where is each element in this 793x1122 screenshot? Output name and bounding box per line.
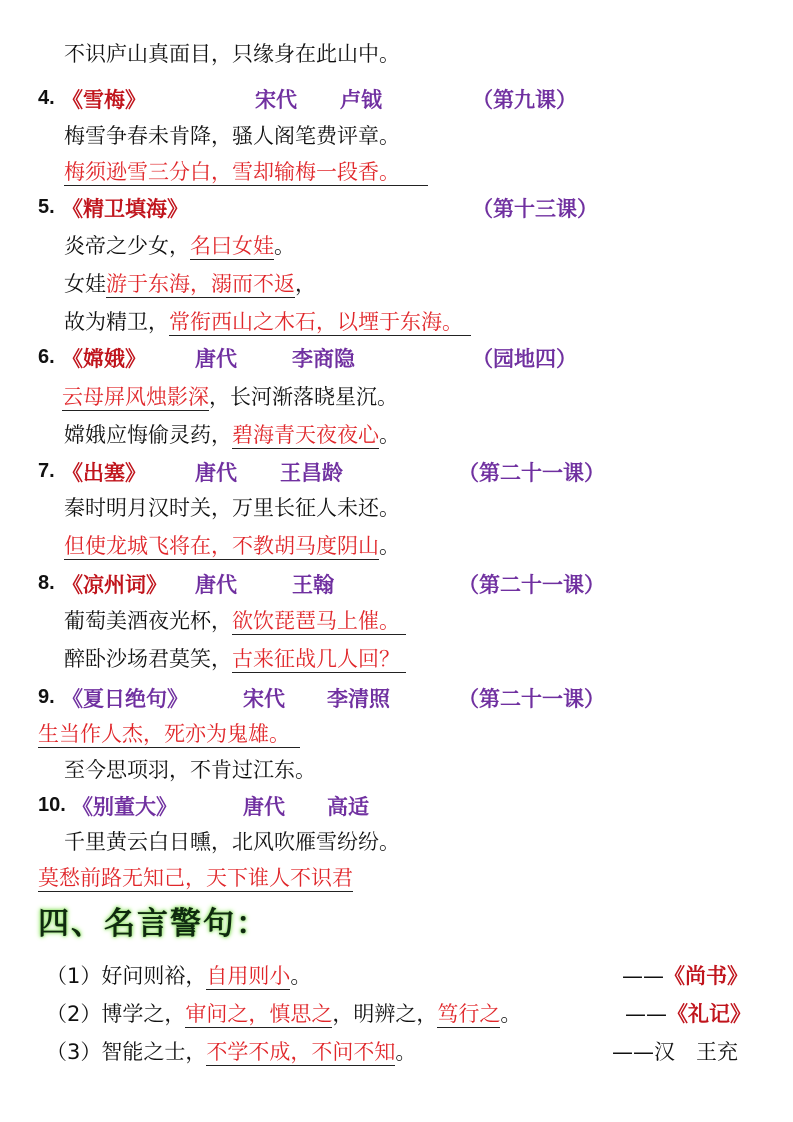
poem-dynasty: 唐代 [195, 343, 237, 373]
line-text: 炎帝之少女， [64, 234, 190, 258]
answer-blank: 笃行之 [437, 1002, 500, 1028]
poem-title: 《夏日绝句》 [62, 683, 188, 713]
line-text: 。 [379, 423, 400, 447]
poem-line: 葡萄美酒夜光杯，欲饮琵琶马上催。 [64, 607, 406, 635]
line-text: 千里黄云白日曛，北风吹雁雪纷纷。 [64, 830, 400, 854]
poem-title: 《嫦娥》 [62, 343, 146, 373]
poem-author: 李清照 [327, 683, 390, 713]
line-text: 秦时明月汉时关，万里长征人未还。 [64, 496, 400, 520]
line-text: 智能之士， [101, 1040, 206, 1064]
poem-lesson: （第十三课） [472, 193, 598, 223]
answer-blank: 云母屏风烛影深 [62, 385, 209, 411]
poem-author: 高适 [327, 791, 369, 821]
dash: —— [612, 1040, 654, 1064]
poem-line: 云母屏风烛影深，长河渐落晓星沉。 [62, 383, 398, 411]
poem-line: 但使龙城飞将在，不教胡马度阴山。 [64, 532, 400, 560]
line-text: 梅雪争春未肯降，骚人阁笔费评章。 [64, 124, 400, 148]
section-heading: 四、名言警句： [38, 898, 269, 943]
poem-line: 梅雪争春未肯降，骚人阁笔费评章。 [64, 122, 400, 150]
poem-line: 秦时明月汉时关，万里长征人未还。 [64, 494, 400, 522]
line-text: 好问则裕， [101, 964, 206, 988]
quote-source: ——《尚书》 [622, 962, 748, 990]
poem-lesson: （园地四） [472, 343, 577, 373]
answer-blank: 名曰女娃 [190, 234, 274, 260]
quote-label: （2） [46, 1002, 101, 1026]
quote-label: （1） [46, 964, 101, 988]
poem-title: 《凉州词》 [62, 569, 167, 599]
quote-line: （2）博学之，审问之，慎思之，明辨之，笃行之。 [46, 1000, 521, 1028]
line-text: 故为精卫， [64, 310, 169, 334]
quote-source: ——汉 王充 [612, 1038, 738, 1066]
answer-blank: 欲饮琵琶马上催。 [232, 609, 406, 635]
poem-line: 不识庐山真面目，只缘身在此山中。 [64, 40, 400, 68]
answer-blank: 碧海青天夜夜心 [232, 423, 379, 449]
poem-author: 李商隐 [292, 343, 355, 373]
line-text: 。 [395, 1040, 416, 1064]
poem-dynasty: 唐代 [195, 569, 237, 599]
poem-author: 王昌龄 [280, 457, 343, 487]
poem-title: 《精卫填海》 [62, 193, 188, 223]
poem-line: 至今思项羽，不肯过江东。 [64, 756, 316, 784]
poem-line: 千里黄云白日曛，北风吹雁雪纷纷。 [64, 828, 400, 856]
source-name: 《礼记》 [667, 1002, 751, 1026]
answer-blank: 生当作人杰，死亦为鬼雄。 [38, 722, 300, 748]
line-text: 。 [274, 234, 295, 258]
poem-dynasty: 宋代 [243, 683, 285, 713]
poem-lesson: （第二十一课） [458, 569, 605, 599]
poem-lesson: （第九课） [472, 84, 577, 114]
line-text: 嫦娥应悔偷灵药， [64, 423, 232, 447]
answer-blank: 常衔西山之木石，以堙于东海。 [169, 310, 471, 336]
poem-number: 6. [38, 346, 55, 369]
source-name: 汉 王充 [654, 1040, 738, 1064]
quote-line: （3）智能之士，不学不成，不问不知。 [46, 1038, 416, 1066]
source-name: 《尚书》 [664, 964, 748, 988]
answer-blank: 但使龙城飞将在，不教胡马度阴山 [64, 534, 379, 560]
poem-dynasty: 唐代 [243, 791, 285, 821]
line-text: 。 [500, 1002, 521, 1026]
answer-blank: 审问之，慎思之 [185, 1002, 332, 1028]
poem-author: 卢钺 [340, 84, 382, 114]
poem-number: 4. [38, 87, 55, 110]
line-text: 女娃 [64, 272, 106, 296]
poem-dynasty: 唐代 [195, 457, 237, 487]
poem-line: 梅须逊雪三分白，雪却输梅一段香。 [64, 158, 428, 186]
answer-blank: 不学不成，不问不知 [206, 1040, 395, 1066]
poem-lesson: （第二十一课） [458, 683, 605, 713]
line-text: 葡萄美酒夜光杯， [64, 609, 232, 633]
dash: —— [622, 964, 664, 988]
quote-line: （1）好问则裕，自用则小。 [46, 962, 311, 990]
poem-line: 生当作人杰，死亦为鬼雄。 [38, 720, 300, 748]
line-text: ， [295, 272, 316, 296]
quote-source: ——《礼记》 [625, 1000, 751, 1028]
answer-blank: 自用则小 [206, 964, 290, 990]
poem-line: 女娃游于东海，溺而不返， [64, 270, 316, 298]
poem-lesson: （第二十一课） [458, 457, 605, 487]
poem-number: 5. [38, 196, 55, 219]
line-text: 博学之， [101, 1002, 185, 1026]
quote-label: （3） [46, 1040, 101, 1064]
poem-line: 醉卧沙场君莫笑，古来征战几人回？ [64, 645, 406, 673]
line-text: ，长河渐落晓星沉。 [209, 385, 398, 409]
line-text: 不识庐山真面目，只缘身在此山中。 [64, 42, 400, 66]
poem-dynasty: 宋代 [255, 84, 297, 114]
poem-title: 《出塞》 [62, 457, 146, 487]
poem-line: 莫愁前路无知己，天下谁人不识君 [38, 864, 353, 892]
poem-number: 8. [38, 572, 55, 595]
answer-blank: 古来征战几人回？ [232, 647, 406, 673]
dash: —— [625, 1002, 667, 1026]
line-text: 至今思项羽，不肯过江东。 [64, 758, 316, 782]
poem-number: 10. [38, 794, 66, 817]
poem-line: 故为精卫，常衔西山之木石，以堙于东海。 [64, 308, 471, 336]
line-text: 醉卧沙场君莫笑， [64, 647, 232, 671]
answer-blank: 梅须逊雪三分白，雪却输梅一段香。 [64, 160, 428, 186]
poem-title: 《雪梅》 [62, 84, 146, 114]
poem-line: 炎帝之少女，名曰女娃。 [64, 232, 295, 260]
line-text: 。 [290, 964, 311, 988]
answer-blank: 莫愁前路无知己，天下谁人不识君 [38, 866, 353, 892]
poem-number: 9. [38, 686, 55, 709]
poem-author: 王翰 [292, 569, 334, 599]
line-text: ，明辨之， [332, 1002, 437, 1026]
poem-line: 嫦娥应悔偷灵药，碧海青天夜夜心。 [64, 421, 400, 449]
poem-number: 7. [38, 460, 55, 483]
poem-title: 《别董大》 [72, 791, 177, 821]
answer-blank: 游于东海，溺而不返 [106, 272, 295, 298]
line-text: 。 [379, 534, 400, 558]
